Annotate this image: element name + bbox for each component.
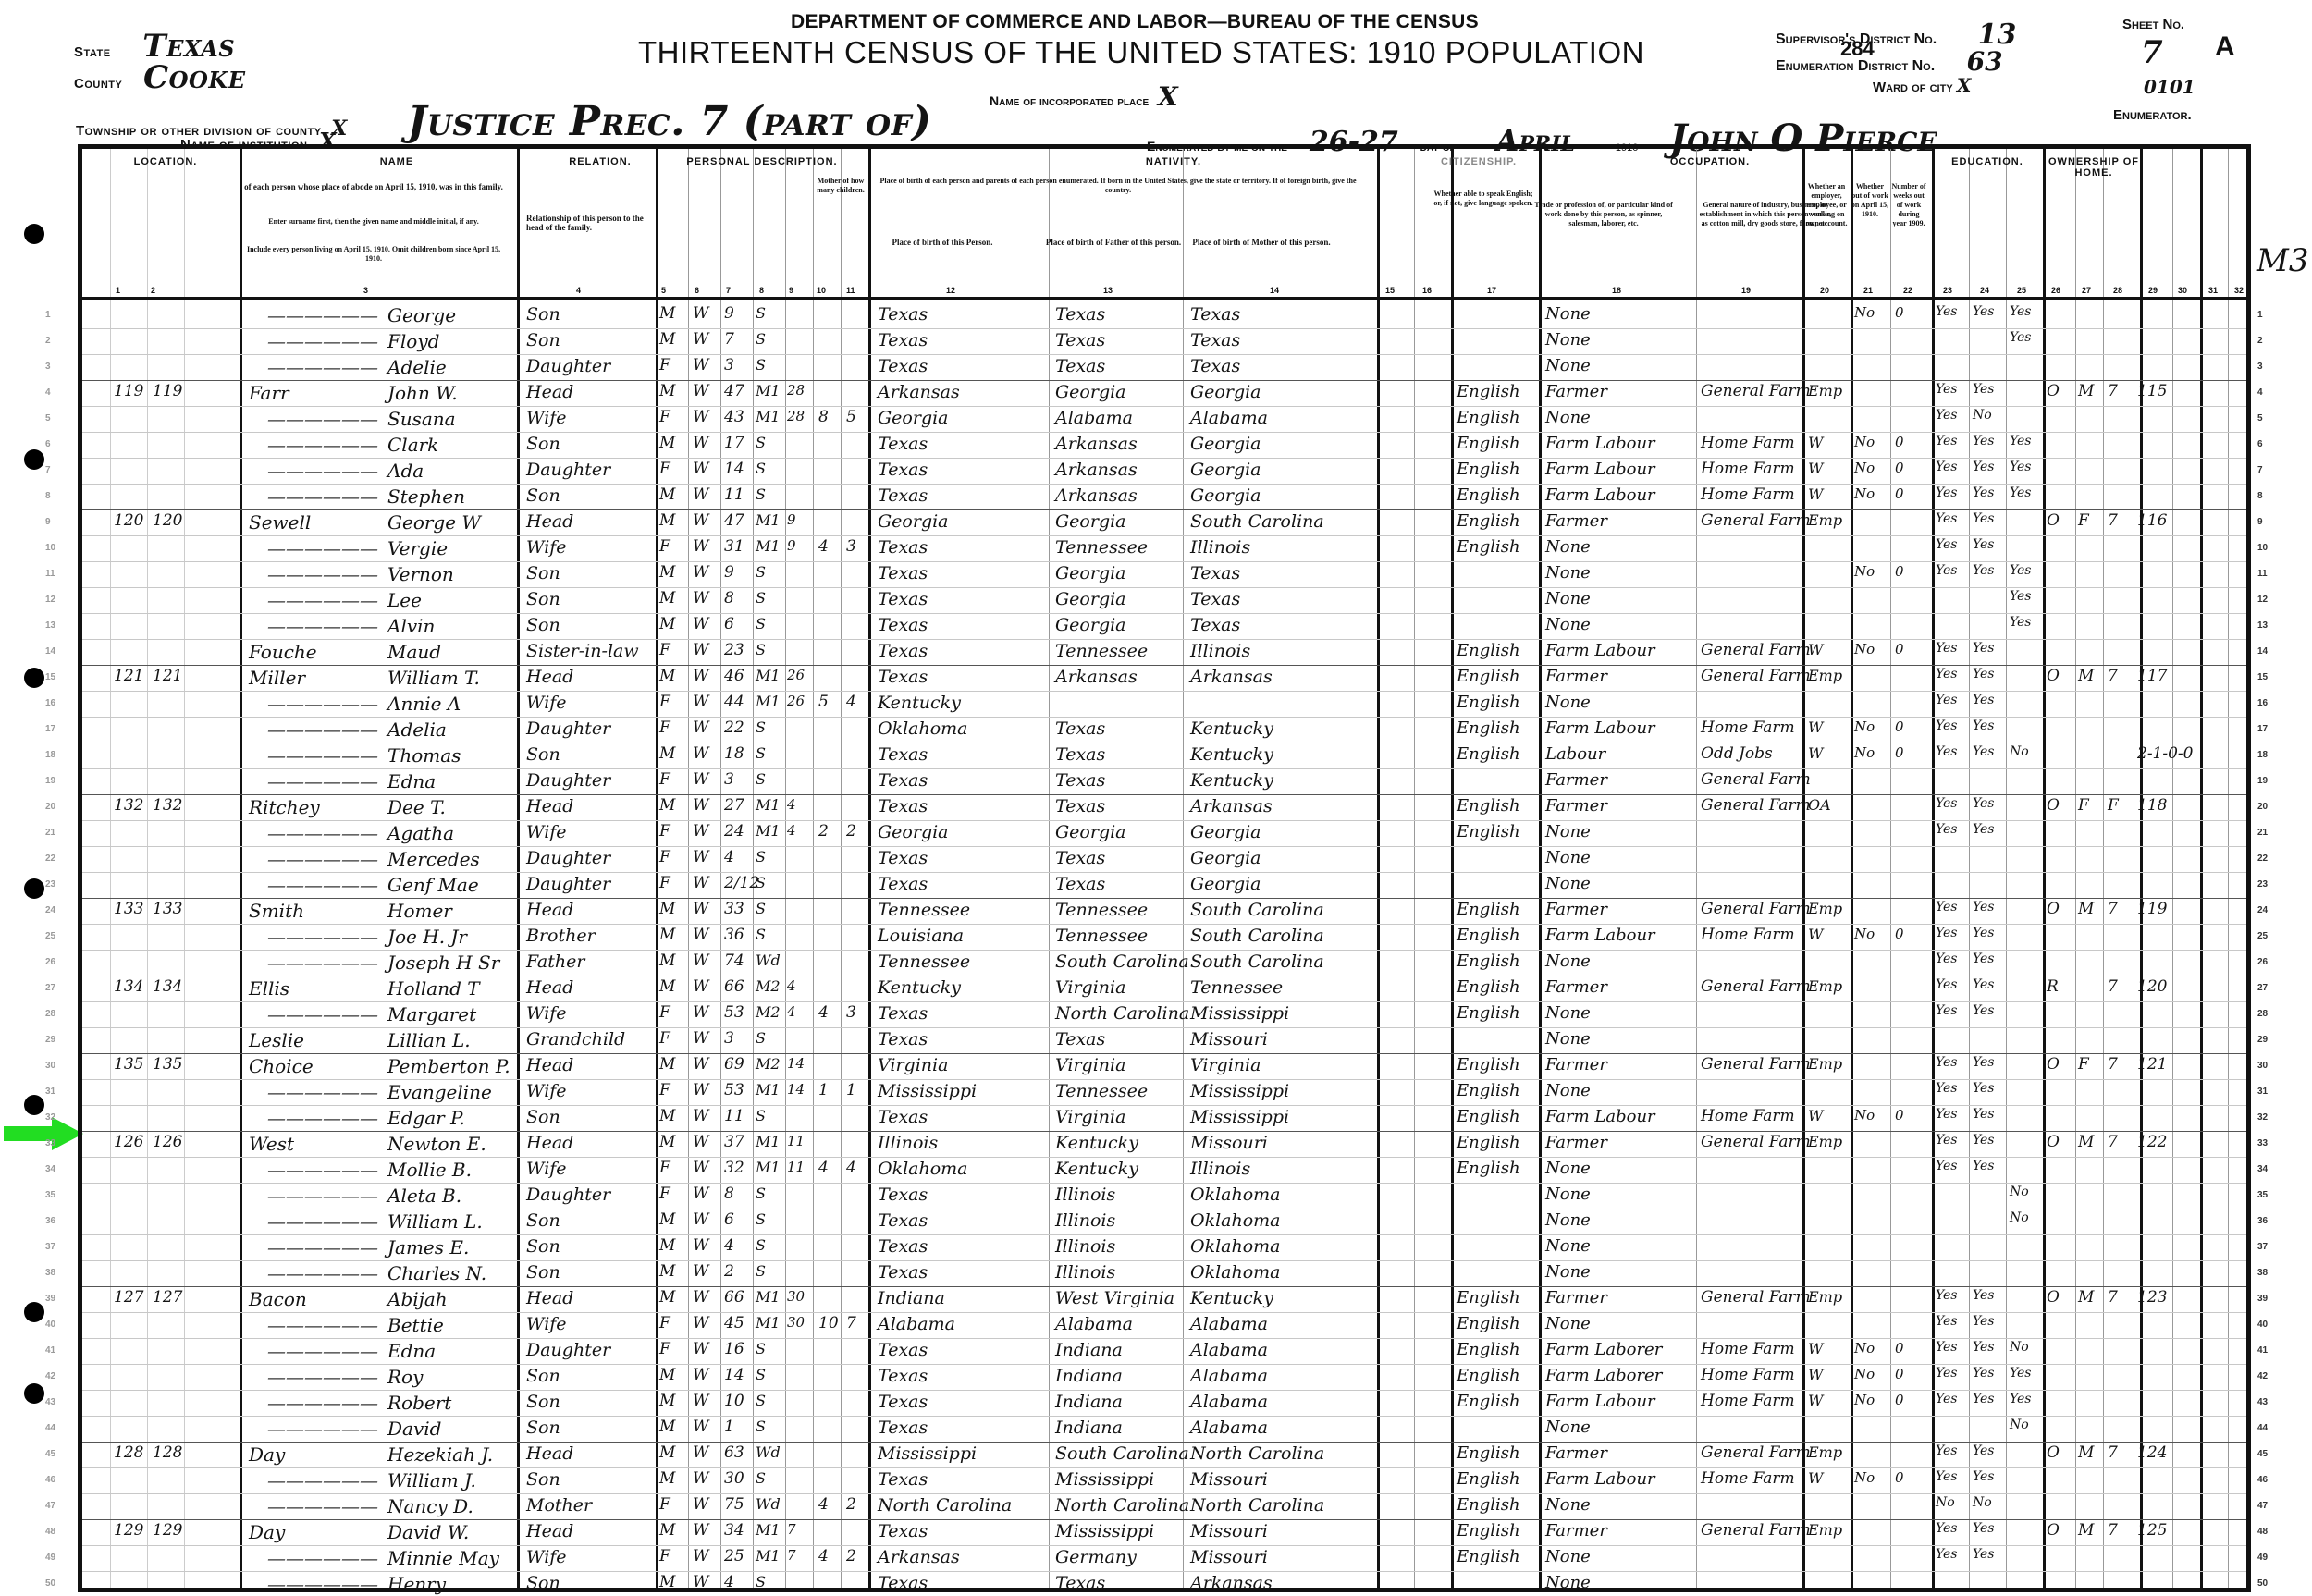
- can-read: Yes: [1936, 796, 1958, 811]
- surname: ——————: [267, 615, 378, 637]
- sex: F: [659, 822, 670, 841]
- relation: Son: [526, 1418, 560, 1438]
- birthplace: Mississippi: [878, 1081, 977, 1101]
- column-number: 32: [2234, 286, 2244, 295]
- trade: Farm Labour: [1545, 1469, 1655, 1489]
- table-row: ——————James E.SonMW4STexasIllinoisOklaho…: [82, 1234, 2246, 1261]
- relation: Son: [526, 563, 560, 583]
- line-number: 24: [2257, 905, 2268, 915]
- english-spoken: English: [1457, 382, 1520, 401]
- surname: ——————: [267, 1392, 378, 1414]
- column-number: 21: [1863, 286, 1873, 295]
- years-married: 9: [787, 511, 796, 528]
- marital-status: S: [756, 770, 766, 788]
- state-label: State: [74, 44, 111, 60]
- industry: Home Farm: [1701, 1469, 1795, 1488]
- trade: Farmer: [1545, 1288, 1607, 1307]
- given-name: Mollie B.: [387, 1159, 472, 1181]
- father-birthplace: Tennessee: [1055, 1081, 1148, 1101]
- sex: M: [659, 1418, 675, 1436]
- can-write: Yes: [1973, 563, 1995, 578]
- line-number: 42: [2257, 1371, 2268, 1381]
- mother-birthplace: Kentucky: [1190, 744, 1273, 765]
- relation: Son: [526, 1573, 560, 1593]
- father-birthplace: Germany: [1055, 1547, 1137, 1567]
- given-name: Joe H. Jr: [387, 926, 467, 948]
- can-read: No: [1936, 1495, 1955, 1510]
- column-number: 25: [2017, 286, 2026, 295]
- sex: M: [659, 977, 675, 996]
- sex: F: [659, 770, 670, 789]
- father-birthplace: Arkansas: [1055, 485, 1138, 506]
- line-number: 18: [2257, 750, 2268, 760]
- mortgage-status: F: [2078, 1055, 2089, 1074]
- children-born: 4: [818, 1159, 829, 1177]
- line-number-left: 10: [45, 543, 55, 553]
- race: W: [693, 382, 708, 400]
- race: W: [693, 951, 708, 970]
- years-married: 14: [787, 1055, 805, 1072]
- table-row: ——————AdeliaDaughterFW22SOklahomaTexasKe…: [82, 717, 2246, 743]
- employer-status: W: [1808, 1469, 1823, 1487]
- column-number: 11: [846, 286, 855, 295]
- can-write: Yes: [1973, 1392, 1995, 1406]
- father-birthplace: Indiana: [1055, 1340, 1123, 1360]
- industry: General Farm: [1701, 667, 1811, 685]
- can-read: Yes: [1936, 693, 1958, 707]
- age: 75: [724, 1495, 744, 1514]
- trade: Farmer: [1545, 900, 1607, 919]
- trade: None: [1545, 848, 1591, 867]
- birthplace: Texas: [878, 874, 928, 894]
- line-number-left: 5: [45, 413, 51, 424]
- relation: Wife: [526, 1547, 567, 1567]
- mother-birthplace: Mississippi: [1190, 1107, 1289, 1127]
- table-row: ——————MargaretWifeFW53M2443TexasNorth Ca…: [82, 1001, 2246, 1028]
- years-married: 11: [787, 1159, 805, 1175]
- children-living: 7: [846, 1314, 856, 1332]
- page-title: THIRTEENTH CENSUS OF THE UNITED STATES: …: [638, 35, 1644, 70]
- can-write: Yes: [1973, 304, 1995, 319]
- attended-school: No: [2010, 1210, 2029, 1225]
- sex: M: [659, 1055, 675, 1074]
- mother-birthplace: Alabama: [1190, 1418, 1268, 1438]
- can-write: Yes: [1973, 537, 1995, 552]
- mother-birthplace: Texas: [1190, 615, 1240, 635]
- can-write: No: [1973, 1495, 1992, 1510]
- race: W: [693, 848, 708, 866]
- can-write: Yes: [1973, 926, 1995, 940]
- birthplace: Alabama: [878, 1314, 955, 1334]
- surname: ——————: [267, 330, 378, 352]
- given-name: Newton E.: [387, 1133, 486, 1155]
- race: W: [693, 1262, 708, 1281]
- employer-status: Emp: [1808, 382, 1842, 399]
- column-number: 12: [946, 286, 955, 295]
- father-birthplace: North Carolina: [1055, 1003, 1189, 1024]
- line-number-left: 16: [45, 698, 55, 708]
- marital-status: S: [756, 874, 766, 891]
- column-number: 17: [1487, 286, 1496, 295]
- line-number-left: 17: [45, 724, 55, 734]
- marital-status: S: [756, 615, 766, 632]
- surname: ——————: [267, 537, 378, 559]
- race: W: [693, 744, 708, 763]
- table-row: 119119FarrJohn W.HeadMW47M128ArkansasGeo…: [82, 380, 2246, 407]
- surname: ——————: [267, 1262, 378, 1284]
- relation: Mother: [526, 1495, 592, 1516]
- given-name: James E.: [387, 1236, 469, 1258]
- weeks-out: 0: [1895, 1366, 1904, 1382]
- can-read: Yes: [1936, 1366, 1958, 1381]
- english-spoken: English: [1457, 1340, 1520, 1359]
- table-row: ——————FloydSonMW7STexasTexasTexasNoneYes…: [82, 328, 2246, 355]
- race: W: [693, 1210, 708, 1229]
- relation: Son: [526, 1262, 560, 1283]
- table-row: ——————VernonSonMW9STexasGeorgiaTexasNone…: [82, 561, 2246, 588]
- can-write: Yes: [1973, 667, 1995, 681]
- mother-birthplace: Tennessee: [1190, 977, 1283, 998]
- column-number: 8: [759, 286, 764, 295]
- ward-value: X: [1957, 74, 1972, 96]
- column-number: 15: [1385, 286, 1395, 295]
- can-read: Yes: [1936, 434, 1958, 448]
- trade: None: [1545, 1314, 1591, 1333]
- father-birthplace: Virginia: [1055, 1107, 1125, 1127]
- mother-birthplace: Georgia: [1190, 822, 1261, 842]
- relation: Daughter: [526, 1185, 610, 1205]
- trade: None: [1545, 1185, 1591, 1204]
- can-write: Yes: [1973, 434, 1995, 448]
- english-spoken: English: [1457, 511, 1520, 531]
- farm-or-house: 7: [2108, 1055, 2118, 1074]
- race: W: [693, 589, 708, 608]
- line-number: 23: [2257, 879, 2268, 890]
- father-birthplace: Indiana: [1055, 1418, 1123, 1438]
- line-number: 19: [2257, 776, 2268, 786]
- can-write: Yes: [1973, 693, 1995, 707]
- mother-birthplace: Kentucky: [1190, 1288, 1273, 1308]
- family-number: 127: [153, 1288, 182, 1307]
- line-number-left: 23: [45, 879, 55, 890]
- relation: Son: [526, 434, 560, 454]
- table-row: ——————Charles N.SonMW2STexasIllinoisOkla…: [82, 1260, 2246, 1287]
- line-number: 47: [2257, 1501, 2268, 1511]
- given-name: Evangeline: [387, 1081, 492, 1103]
- surname: Smith: [249, 900, 304, 922]
- surname: ——————: [267, 1107, 378, 1129]
- race: W: [693, 460, 708, 478]
- sex: F: [659, 641, 670, 659]
- age: 47: [724, 511, 744, 530]
- relation: Father: [526, 951, 584, 972]
- out-of-work: No: [1854, 485, 1875, 502]
- can-read: Yes: [1936, 1547, 1958, 1562]
- english-spoken: English: [1457, 1055, 1520, 1074]
- attended-school: Yes: [2010, 1392, 2032, 1406]
- name-description: of each person whose place of abode on A…: [240, 182, 508, 191]
- table-row: ——————BettieWifeFW45M130107AlabamaAlabam…: [82, 1312, 2246, 1339]
- trade: None: [1545, 693, 1591, 712]
- children-born: 8: [818, 408, 829, 426]
- line-number: 33: [2257, 1138, 2268, 1148]
- age: 66: [724, 977, 744, 996]
- farm-schedule: 125: [2137, 1521, 2167, 1540]
- birthplace: Texas: [878, 330, 928, 350]
- mother-birthplace: Illinois: [1190, 641, 1250, 661]
- table-row: ——————DavidSonMW1STexasIndianaAlabamaNon…: [82, 1416, 2246, 1443]
- mortgage-status: F: [2078, 511, 2089, 530]
- race: W: [693, 1133, 708, 1151]
- group-citizenship: CITIZENSHIP.: [1423, 156, 1534, 167]
- english-spoken: English: [1457, 408, 1520, 427]
- age: 25: [724, 1547, 744, 1565]
- sex: M: [659, 382, 675, 400]
- line-number-left: 34: [45, 1164, 55, 1174]
- column-number: 22: [1903, 286, 1912, 295]
- line-number: 38: [2257, 1268, 2268, 1278]
- age: 2/12: [724, 874, 759, 892]
- surname: ——————: [267, 1236, 378, 1258]
- surname: Day: [249, 1443, 285, 1466]
- line-number-left: 49: [45, 1553, 55, 1563]
- years-married: 4: [787, 1003, 796, 1020]
- marital-status: M1: [756, 1159, 781, 1176]
- table-row: 133133SmithHomerHeadMW33STennesseeTennes…: [82, 898, 2246, 925]
- father-birthplace: Tennessee: [1055, 900, 1148, 920]
- marital-status: S: [756, 1469, 766, 1487]
- employer-status: W: [1808, 1392, 1823, 1409]
- weeks-out: 0: [1895, 563, 1904, 580]
- can-read: Yes: [1936, 537, 1958, 552]
- can-write: Yes: [1973, 1288, 1995, 1303]
- age: 9: [724, 304, 734, 323]
- relation: Wife: [526, 1081, 567, 1101]
- employer-status: Emp: [1808, 1443, 1842, 1461]
- line-number: 36: [2257, 1216, 2268, 1226]
- father-birthplace: Kentucky: [1055, 1133, 1138, 1153]
- industry: Home Farm: [1701, 926, 1795, 944]
- given-name: Stephen: [387, 485, 465, 508]
- out-of-work: No: [1854, 1107, 1875, 1123]
- father-birthplace: Texas: [1055, 874, 1105, 894]
- industry: General Farm: [1701, 900, 1811, 918]
- mother-birthplace: Missouri: [1190, 1133, 1268, 1153]
- attended-school: Yes: [2010, 485, 2032, 500]
- children-born: 4: [818, 537, 829, 556]
- marital-status: S: [756, 1262, 766, 1280]
- industry: General Farm: [1701, 1288, 1811, 1307]
- english-spoken: English: [1457, 1107, 1520, 1126]
- given-name: Vernon: [387, 563, 454, 585]
- birthplace: Arkansas: [878, 382, 960, 402]
- age: 14: [724, 1366, 744, 1384]
- given-name: Bettie: [387, 1314, 444, 1336]
- department-heading: DEPARTMENT OF COMMERCE AND LABOR—BUREAU …: [791, 11, 1479, 33]
- father-birthplace: Georgia: [1055, 563, 1126, 583]
- relation: Son: [526, 1366, 560, 1386]
- trade: None: [1545, 408, 1591, 427]
- mother-birthplace: Georgia: [1190, 460, 1261, 480]
- attended-school: Yes: [2010, 1366, 2032, 1381]
- out-of-work: No: [1854, 1392, 1875, 1408]
- line-number: 22: [2257, 853, 2268, 864]
- highlight-arrow-icon: [4, 1117, 83, 1150]
- mother-birthplace: South Carolina: [1190, 951, 1324, 972]
- years-married: 26: [787, 667, 805, 683]
- line-number-left: 19: [45, 776, 55, 786]
- mother-birthplace: South Carolina: [1190, 511, 1324, 532]
- surname: ——————: [267, 1469, 378, 1492]
- race: W: [693, 356, 708, 374]
- english-spoken: English: [1457, 900, 1520, 919]
- marital-status: S: [756, 718, 766, 736]
- sex: M: [659, 1443, 675, 1462]
- binder-hole: [24, 1383, 44, 1404]
- surname: ——————: [267, 1210, 378, 1233]
- line-number-left: 14: [45, 646, 55, 657]
- can-write: Yes: [1973, 1366, 1995, 1381]
- dwelling-number: 132: [114, 796, 143, 815]
- table-row: ——————HenrySonMW4STexasTexasArkansasNone…: [82, 1571, 2246, 1596]
- table-row: 128128DayHezekiah J.HeadMW63WdMississipp…: [82, 1442, 2246, 1468]
- father-birthplace: Mississippi: [1055, 1521, 1154, 1541]
- ed-value: 63: [1967, 46, 2003, 77]
- children-born: 4: [818, 1547, 829, 1565]
- years-married: 28: [787, 408, 805, 424]
- race: W: [693, 1547, 708, 1565]
- table-row: ——————LeeSonMW8STexasGeorgiaTexasNoneYes…: [82, 587, 2246, 614]
- age: 8: [724, 1185, 734, 1203]
- father-birthplace: Tennessee: [1055, 641, 1148, 661]
- relation: Son: [526, 304, 560, 325]
- birthplace: Texas: [878, 1521, 928, 1541]
- column-number: 13: [1103, 286, 1113, 295]
- age: 3: [724, 770, 734, 789]
- sex: F: [659, 537, 670, 556]
- can-write: Yes: [1973, 718, 1995, 733]
- english-spoken: English: [1457, 1495, 1520, 1515]
- can-read: Yes: [1936, 744, 1958, 759]
- trade: Farmer: [1545, 770, 1607, 790]
- column-number: 7: [726, 286, 731, 295]
- sex: M: [659, 563, 675, 582]
- name-instruction-2: Include every person living on April 15,…: [240, 245, 508, 264]
- mother-birthplace: Alabama: [1190, 1366, 1268, 1386]
- father-birthplace: Georgia: [1055, 511, 1126, 532]
- relation: Daughter: [526, 460, 610, 480]
- marital-status: S: [756, 1340, 766, 1357]
- line-number: 2: [2257, 336, 2263, 346]
- relation: Head: [526, 1443, 573, 1464]
- can-read: Yes: [1936, 1443, 1958, 1458]
- dwelling-number: 129: [114, 1521, 143, 1540]
- given-name: John W.: [387, 382, 458, 404]
- mother-birthplace: Alabama: [1190, 1392, 1268, 1412]
- age: 27: [724, 796, 744, 815]
- line-number-left: 11: [45, 569, 55, 579]
- birthplace: Texas: [878, 485, 928, 506]
- race: W: [693, 1521, 708, 1540]
- birthplace: Texas: [878, 537, 928, 558]
- group-name: NAME: [240, 156, 554, 167]
- trade: None: [1545, 1495, 1591, 1515]
- can-read: Yes: [1936, 511, 1958, 526]
- owned-rented: O: [2047, 1443, 2060, 1462]
- column-number: 27: [2082, 286, 2091, 295]
- given-name: Ada: [387, 460, 424, 482]
- sex: M: [659, 1392, 675, 1410]
- line-number: 43: [2257, 1397, 2268, 1407]
- english-spoken: English: [1457, 693, 1520, 712]
- county-field: County Cooke: [74, 59, 246, 96]
- sex: M: [659, 926, 675, 944]
- line-number: 49: [2257, 1553, 2268, 1563]
- english-spoken: English: [1457, 822, 1520, 841]
- column-number: 31: [2208, 286, 2218, 295]
- line-number-left: 31: [45, 1087, 55, 1097]
- employer-status: W: [1808, 1366, 1823, 1383]
- race: W: [693, 1443, 708, 1462]
- line-number-left: 6: [45, 439, 51, 449]
- family-number: 135: [153, 1055, 182, 1074]
- age: 1: [724, 1418, 734, 1436]
- can-read: Yes: [1936, 822, 1958, 837]
- years-married: 26: [787, 693, 805, 709]
- can-read: Yes: [1936, 485, 1958, 500]
- line-number: 48: [2257, 1527, 2268, 1537]
- line-number: 4: [2257, 387, 2263, 398]
- given-name: Edgar P.: [387, 1107, 465, 1129]
- mother-birthplace: Oklahoma: [1190, 1262, 1281, 1283]
- line-number: 15: [2257, 672, 2268, 682]
- sex: F: [659, 874, 670, 892]
- incorporated-label: Name of incorporated place: [990, 93, 1149, 108]
- can-read: Yes: [1936, 1392, 1958, 1406]
- father-birthplace: West Virginia: [1055, 1288, 1174, 1308]
- race: W: [693, 511, 708, 530]
- industry: Home Farm: [1701, 1340, 1795, 1358]
- line-number-left: 37: [45, 1242, 55, 1252]
- dwelling-number: 135: [114, 1055, 143, 1074]
- age: 6: [724, 615, 734, 633]
- age: 7: [724, 330, 734, 349]
- line-number-left: 33: [45, 1138, 55, 1148]
- mother-birthplace: Arkansas: [1190, 667, 1273, 687]
- birthplace: Georgia: [878, 822, 949, 842]
- sex: M: [659, 1210, 675, 1229]
- weeks-out: 0: [1895, 1340, 1904, 1357]
- given-name: David: [387, 1418, 441, 1440]
- children-living: 2: [846, 822, 856, 841]
- family-number: 129: [153, 1521, 182, 1540]
- father-birthplace: Alabama: [1055, 1314, 1133, 1334]
- can-write: Yes: [1973, 951, 1995, 966]
- mother-birthplace: Georgia: [1190, 848, 1261, 868]
- line-number-left: 27: [45, 983, 55, 993]
- line-number: 26: [2257, 957, 2268, 967]
- supervisor-label: Supervisor's District No.: [1776, 31, 1937, 47]
- surname: ——————: [267, 951, 378, 974]
- race: W: [693, 563, 708, 582]
- table-row: ——————RoySonMW14STexasIndianaAlabamaEngl…: [82, 1364, 2246, 1391]
- relation: Head: [526, 1055, 573, 1075]
- father-birthplace: Georgia: [1055, 382, 1126, 402]
- trade: None: [1545, 1418, 1591, 1437]
- given-name: William T.: [387, 667, 480, 689]
- children-born: 2: [818, 822, 829, 841]
- trade-header: Trade or profession of, or particular ki…: [1534, 201, 1673, 228]
